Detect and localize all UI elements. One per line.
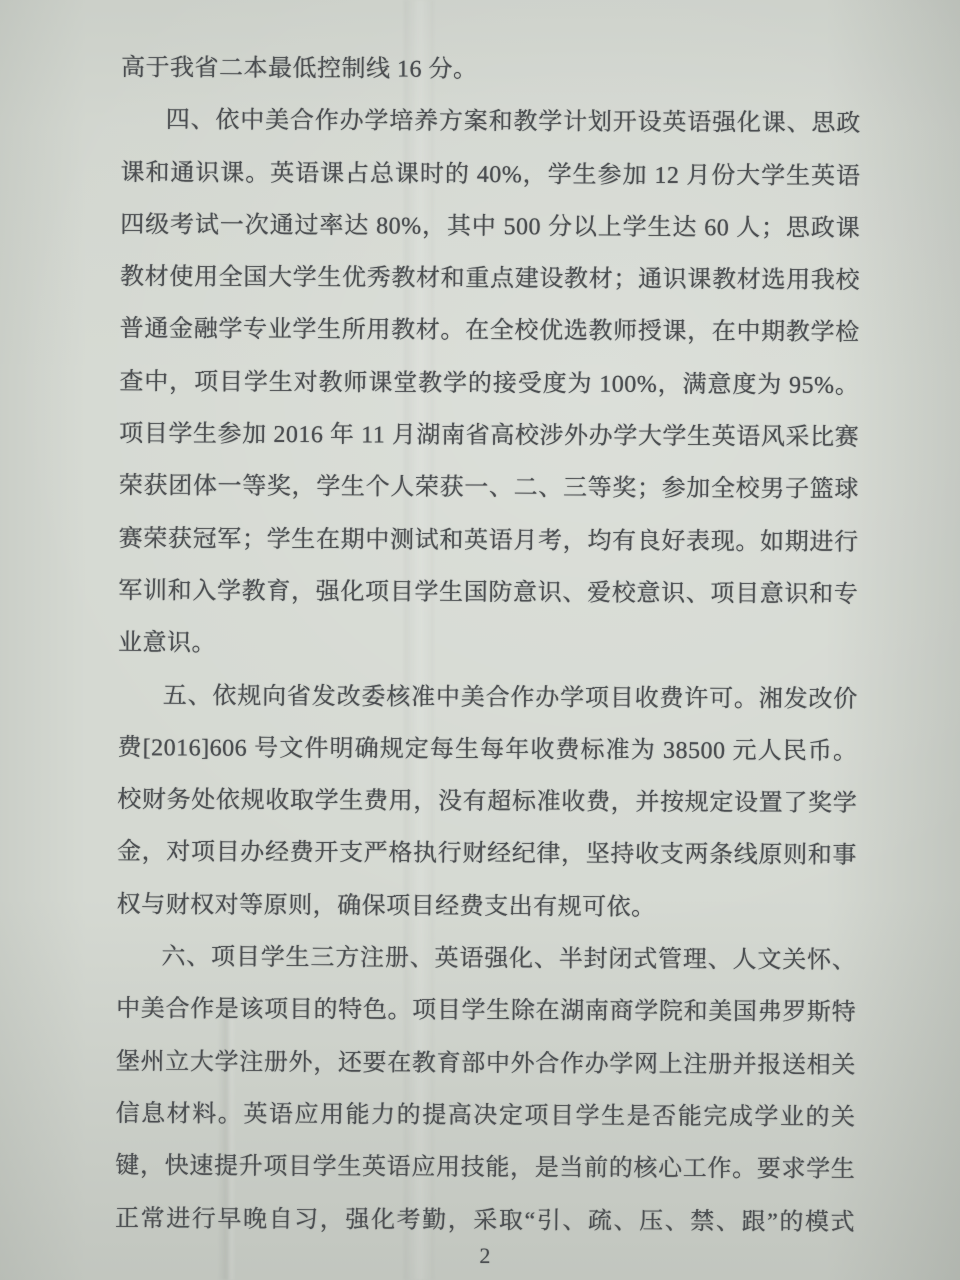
text-line: 军训和入学教育，强化项目学生国防意识、爱校意识、项目意识和专 <box>118 565 858 621</box>
text-line: 中美合作是该项目的特色。项目学生除在湖南商学院和美国弗罗斯特 <box>116 983 856 1039</box>
text-line: 堡州立大学注册外，还要在教育部中外合作办学网上注册并报送相关 <box>116 1036 856 1092</box>
text-line: 查中，项目学生对教师课堂教学的接受度为 100%，满意度为 95%。 <box>119 356 859 412</box>
text-line: 普通金融学专业学生所用教材。在全校优选教师授课，在中期教学检 <box>120 304 860 360</box>
text-line: 四、依中美合作办学培养方案和教学计划开设英语强化课、思政 <box>121 94 861 150</box>
text-line: 六、项目学生三方注册、英语强化、半封闭式管理、人文关怀、 <box>116 931 856 987</box>
text-line: 业意识。 <box>118 617 858 673</box>
document-page: 高于我省二本最低控制线 16 分。 四、依中美合作办学培养方案和教学计划开设英语… <box>0 0 960 1280</box>
text-line: 课和通识课。英语课占总课时的 40%，学生参加 12 月份大学生英语 <box>120 147 860 203</box>
text-line: 信息材料。英语应用能力的提高决定项目学生是否能完成学业的关 <box>115 1088 855 1144</box>
text-line: 教材使用全国大学生优秀教材和重点建设教材；通识课教材选用我校 <box>120 251 860 307</box>
text-line: 项目学生参加 2016 年 11 月湖南省高校涉外办学大学生英语风采比赛 <box>119 408 859 464</box>
text-line: 赛荣获冠军；学生在期中测试和英语月考，均有良好表现。如期进行 <box>118 513 858 569</box>
text-line: 金，对项目办经费开支严格执行财经纪律，坚持收支两条线原则和事 <box>117 827 857 883</box>
text-line: 键，快速提升项目学生英语应用技能，是当前的核心工作。要求学生 <box>115 1140 855 1196</box>
text-line: 五、依规向省发改委核准中美合作办学项目收费许可。湘发改价 <box>118 670 858 726</box>
text-line: 权与财权对等原则，确保项目经费支出有规可依。 <box>117 879 857 935</box>
text-line: 四级考试一次通过率达 80%，其中 500 分以上学生达 60 人；思政课 <box>120 199 860 255</box>
text-line: 高于我省二本最低控制线 16 分。 <box>121 42 861 98</box>
document-text-block: 高于我省二本最低控制线 16 分。 四、依中美合作办学培养方案和教学计划开设英语… <box>115 42 861 1273</box>
text-line: 校财务处依规收取学生费用，没有超标准收费，并按规定设置了奖学 <box>117 774 857 830</box>
text-line: 荣获团体一等奖，学生个人荣获一、二、三等奖；参加全校男子篮球 <box>119 460 859 516</box>
text-line: 费[2016]606 号文件明确规定每生每年收费标准为 38500 元人民币。 <box>117 722 857 778</box>
